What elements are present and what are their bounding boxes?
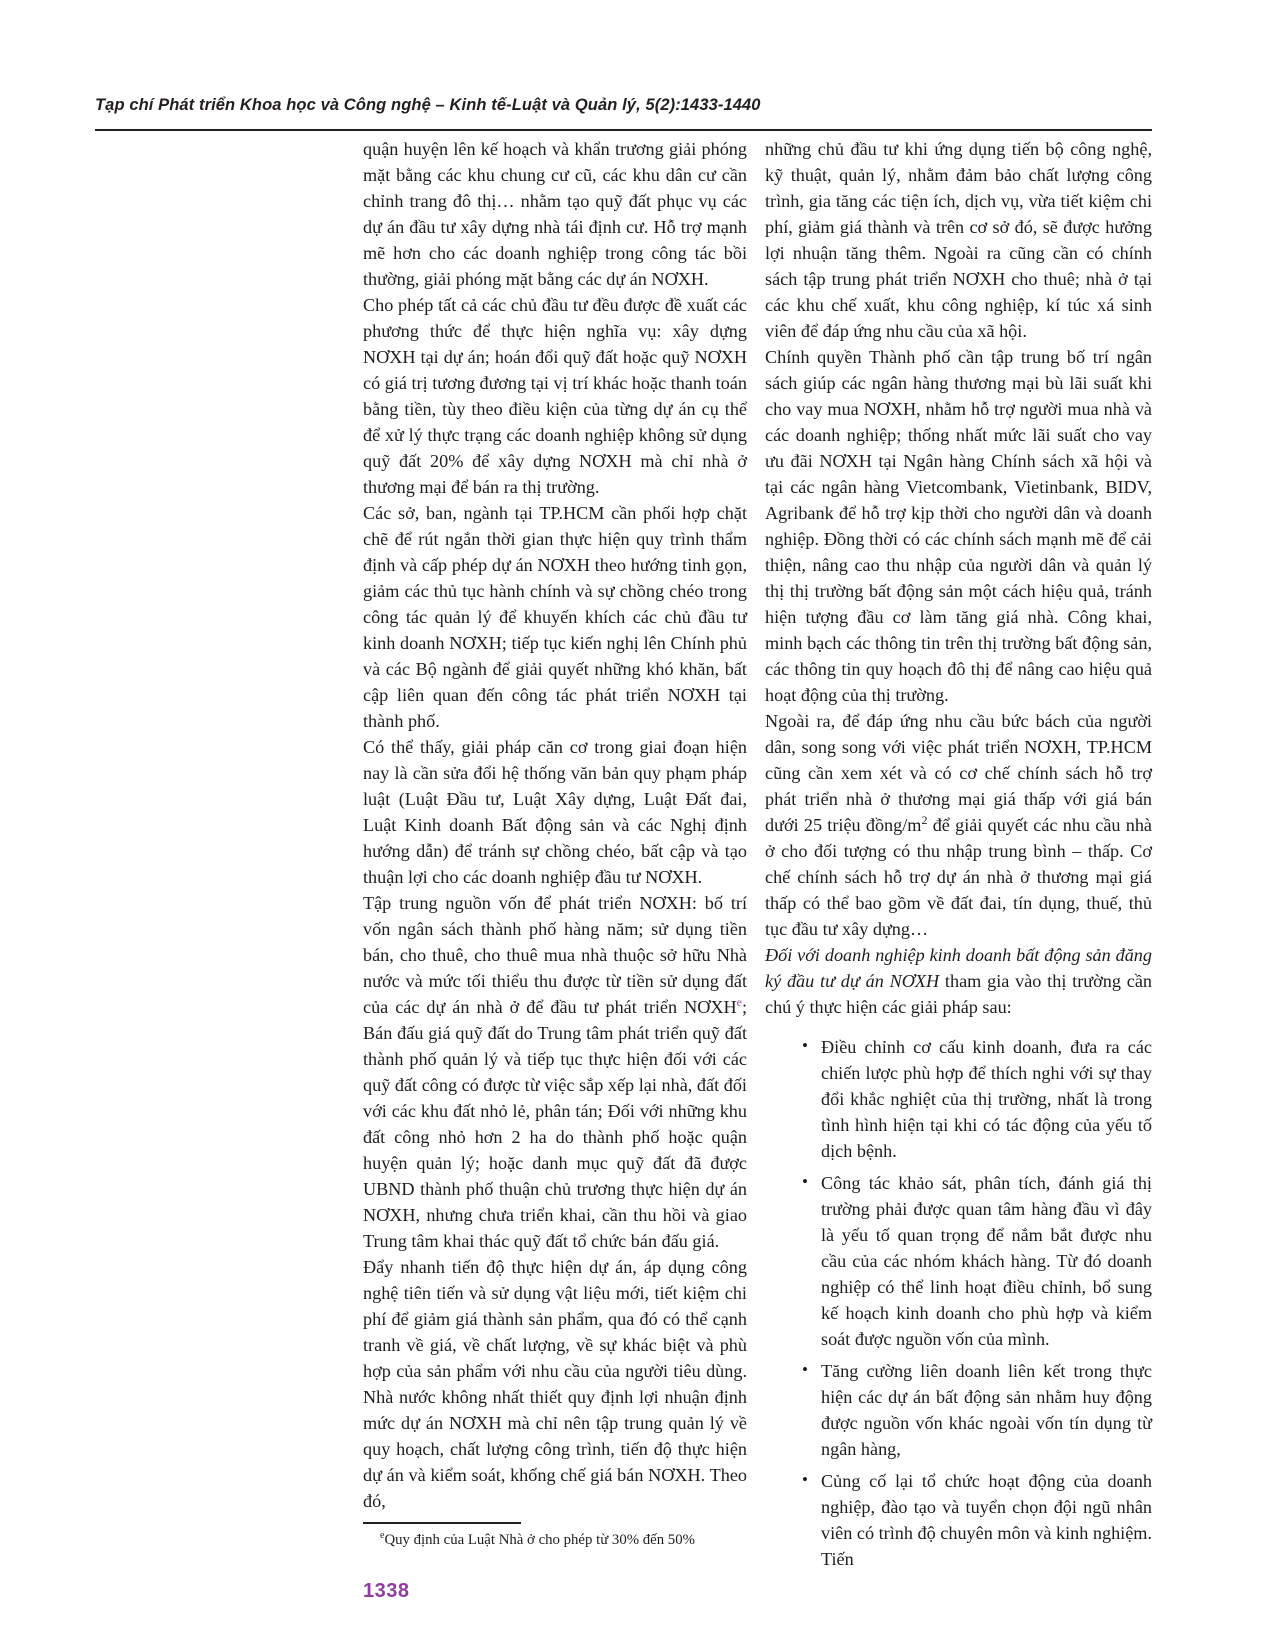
bullet-icon: • — [802, 1357, 808, 1383]
paragraph: Cho phép tất cả các chủ đầu tư đều được … — [363, 292, 747, 500]
journal-page: Tạp chí Phát triển Khoa học và Công nghệ… — [0, 0, 1276, 1649]
bullet-icon: • — [802, 1467, 808, 1493]
paragraph: những chủ đầu tư khi ứng dụng tiến bộ cô… — [765, 136, 1152, 344]
footnote-text: Quy định của Luật Nhà ở cho phép từ 30% … — [384, 1532, 694, 1548]
page-number: 1338 — [363, 1580, 410, 1603]
paragraph: Đẩy nhanh tiến độ thực hiện dự án, áp dụ… — [363, 1254, 747, 1514]
list-item-text: Điều chỉnh cơ cấu kinh doanh, đưa ra các… — [821, 1037, 1152, 1161]
list-item: •Điều chỉnh cơ cấu kinh doanh, đưa ra cá… — [800, 1034, 1152, 1164]
paragraph: Các sở, ban, ngành tại TP.HCM cần phối h… — [363, 500, 747, 734]
bullet-icon: • — [802, 1169, 808, 1195]
paragraph-text: Tập trung nguồn vốn để phát triển NƠXH: … — [363, 893, 747, 1017]
paragraph: Ngoài ra, để đáp ứng nhu cầu bức bách củ… — [765, 708, 1152, 942]
list-item: •Công tác khảo sát, phân tích, đánh giá … — [800, 1170, 1152, 1352]
paragraph: Chính quyền Thành phố cần tập trung bố t… — [765, 344, 1152, 708]
running-head: Tạp chí Phát triển Khoa học và Công nghệ… — [95, 96, 1155, 115]
list-item-text: Công tác khảo sát, phân tích, đánh giá t… — [821, 1173, 1152, 1349]
paragraph-text: ; Bán đấu giá quỹ đất do Trung tâm phát … — [363, 997, 747, 1251]
solutions-list: •Điều chỉnh cơ cấu kinh doanh, đưa ra cá… — [800, 1034, 1152, 1572]
paragraph: Đối với doanh nghiệp kinh doanh bất động… — [765, 942, 1152, 1020]
list-item: •Củng cố lại tổ chức hoạt động của doanh… — [800, 1468, 1152, 1572]
journal-title: Tạp chí Phát triển Khoa học và Công nghệ… — [95, 96, 761, 114]
bullet-icon: • — [802, 1033, 808, 1059]
paragraph: Tập trung nguồn vốn để phát triển NƠXH: … — [363, 890, 747, 1254]
paragraph: Có thể thấy, giải pháp căn cơ trong giai… — [363, 734, 747, 890]
header-rule — [95, 129, 1152, 131]
paragraph: quận huyện lên kế hoạch và khẩn trương g… — [363, 136, 747, 292]
footnote: eQuy định của Luật Nhà ở cho phép từ 30%… — [363, 1530, 747, 1550]
right-column: những chủ đầu tư khi ứng dụng tiến bộ cô… — [765, 136, 1152, 1578]
list-item: •Tăng cường liên doanh liên kết trong th… — [800, 1358, 1152, 1462]
list-item-text: Củng cố lại tổ chức hoạt động của doanh … — [821, 1471, 1152, 1569]
left-column: quận huyện lên kế hoạch và khẩn trương g… — [363, 136, 747, 1550]
list-item-text: Tăng cường liên doanh liên kết trong thự… — [821, 1361, 1152, 1459]
footnote-rule — [363, 1522, 521, 1524]
